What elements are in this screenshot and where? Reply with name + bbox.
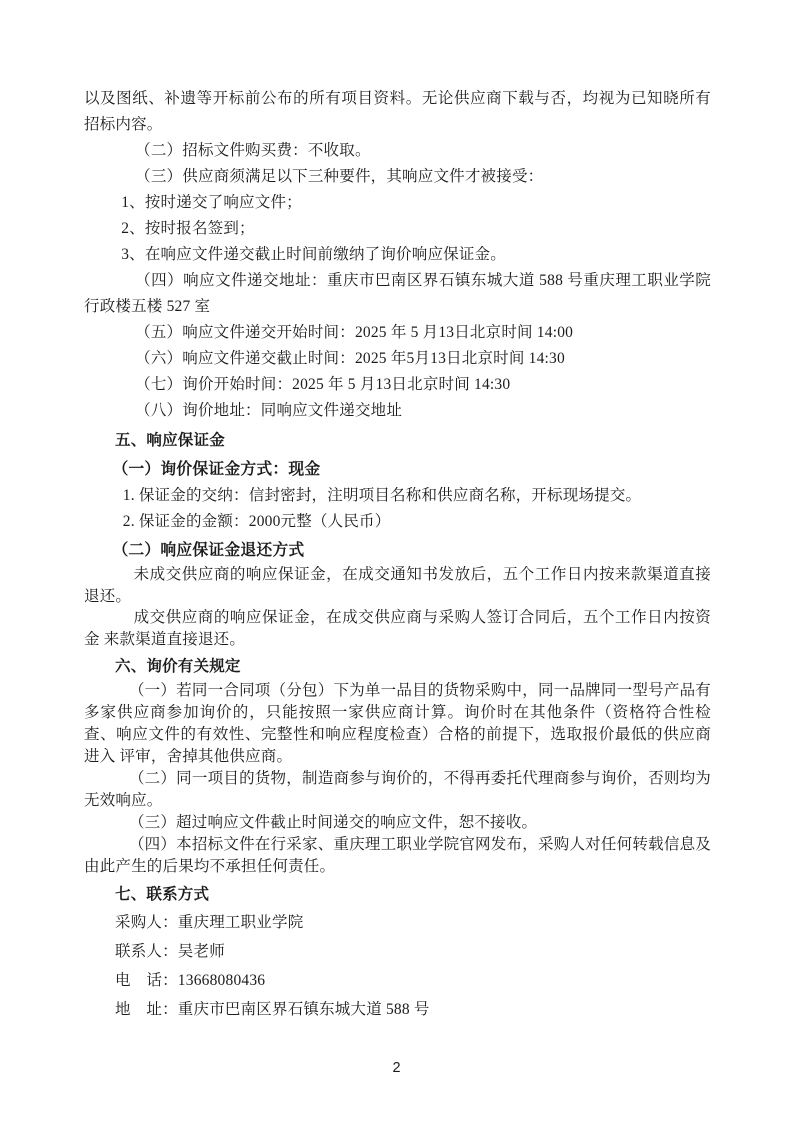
paragraph-item-3-requirements: （三）供应商须满足以下三种要件，其响应文件才被接受： bbox=[84, 164, 711, 190]
paragraph-item-7-inquiry-time: （七）询价开始时间：2025 年 5 月13日北京时间 14:30 bbox=[84, 372, 711, 398]
requirement-3: 3、在响应文件递交截止时间前缴纳了询价响应保证金。 bbox=[84, 242, 711, 268]
contact-purchaser: 采购人：重庆理工职业学院 bbox=[84, 908, 711, 937]
deposit-item-2-amount: 2. 保证金的金额：2000元整（人民币） bbox=[84, 509, 711, 535]
section-heading-6-inquiry-rules: 六、询价有关规定 bbox=[84, 654, 711, 680]
rule-4-publication-disclaimer: （四）本招标文件在行采家、重庆理工职业学院官网发布，采购人对任何转载信息及由此产… bbox=[84, 834, 711, 878]
requirement-2: 2、按时报名签到； bbox=[84, 216, 711, 242]
paragraph-item-5-start-time: （五）响应文件递交开始时间：2025 年 5 月13日北京时间 14:00 bbox=[84, 320, 711, 346]
paragraph-item-6-deadline: （六）响应文件递交截止时间：2025 年5月13日北京时间 14:30 bbox=[84, 346, 711, 372]
document-page: 以及图纸、补遗等开标前公布的所有项目资料。无论供应商下载与否，均视为已知晓所有招… bbox=[0, 0, 793, 1122]
deposit-item-1-payment: 1. 保证金的交纳：信封密封，注明项目名称和供应商名称，开标现场提交。 bbox=[84, 483, 711, 509]
contact-person: 联系人：吴老师 bbox=[84, 937, 711, 966]
page-number: 2 bbox=[0, 1060, 793, 1076]
paragraph-refund-unsuccessful: 未成交供应商的响应保证金，在成交通知书发放后，五个工作日内按来款渠道直接退还。 bbox=[84, 564, 711, 607]
subsection-heading-deposit-method: （一）询价保证金方式：现金 bbox=[84, 457, 711, 483]
paragraph-refund-successful: 成交供应商的响应保证金，在成交供应商与采购人签订合同后，五个工作日内按资金 来款… bbox=[84, 607, 711, 650]
paragraph-item-8-inquiry-address: （八）询价地址：同响应文件递交地址 bbox=[84, 398, 711, 424]
contact-phone: 电 话：13668080436 bbox=[84, 966, 711, 995]
paragraph-item-2-purchase-fee: （二）招标文件购买费：不收取。 bbox=[84, 138, 711, 164]
requirement-1: 1、按时递交了响应文件； bbox=[84, 190, 711, 216]
rule-1-same-contract-item: （一）若同一合同项（分包）下为单一品目的货物采购中，同一品牌同一型号产品有多家供… bbox=[84, 680, 711, 768]
section-heading-5-deposit: 五、响应保证金 bbox=[84, 428, 711, 454]
rule-2-manufacturer-agent: （二）同一项目的货物，制造商参与询价的，不得再委托代理商参与询价，否则均为无效响… bbox=[84, 768, 711, 812]
section-heading-7-contact: 七、联系方式 bbox=[84, 882, 711, 908]
subsection-heading-deposit-refund: （二）响应保证金退还方式 bbox=[84, 538, 711, 564]
paragraph-item-4-submit-address: （四）响应文件递交地址：重庆市巴南区界石镇东城大道 588 号重庆理工职业学院行… bbox=[84, 268, 711, 320]
paragraph-continuation: 以及图纸、补遗等开标前公布的所有项目资料。无论供应商下载与否，均视为已知晓所有招… bbox=[84, 86, 711, 138]
rule-3-late-submission: （三）超过响应文件截止时间递交的响应文件，恕不接收。 bbox=[84, 812, 711, 834]
contact-address: 地 址：重庆市巴南区界石镇东城大道 588 号 bbox=[84, 995, 711, 1024]
